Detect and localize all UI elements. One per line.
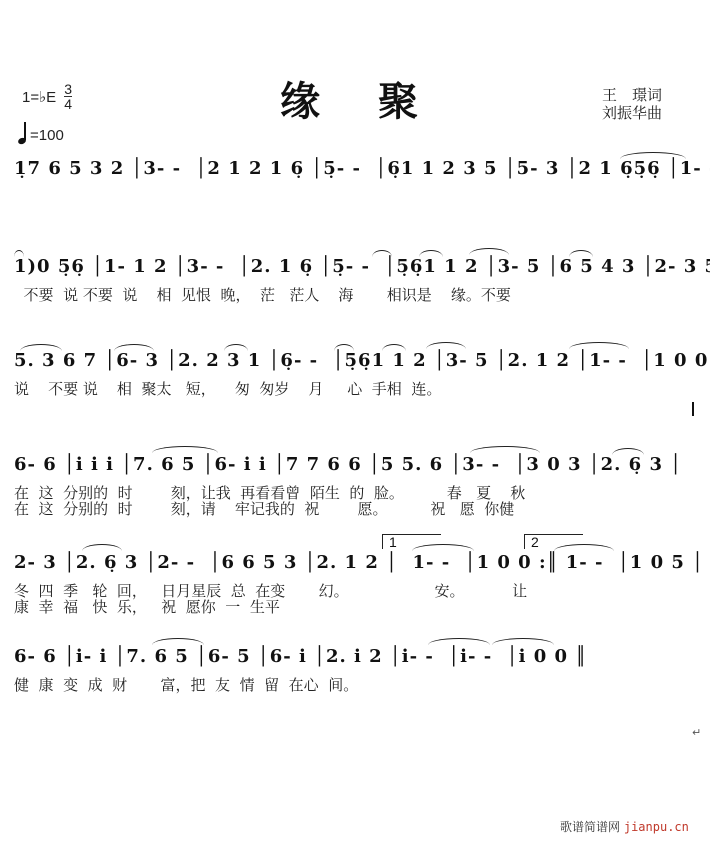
notation-row: 6- 6 │i- i │7. 6 5 │6- 5 │6- i │2. i 2 │… [14, 646, 587, 672]
lyricist: 王 璟词 [602, 86, 662, 104]
tie-arc [152, 638, 204, 645]
key-label: 1=♭E [22, 88, 56, 106]
slur-arc [382, 344, 406, 351]
notation-row: 2- 3 │2. 6̣ 3 │2- - │6 6 5 3 │2. 1 2 │ 1… [14, 552, 704, 578]
lyrics-row: 健 康 变 成 财 富，把 友 情 留 在心 间。 [14, 674, 358, 695]
notation-row: 1̣7 6 5 3 2 │3- - │2 1 2 1 6̣ │5̣- - │6̣… [14, 158, 710, 184]
lyrics-row: 不要 说 不要 说 相 见恨 晚， 茫 茫人 海 相识是 缘。不要 [14, 284, 511, 305]
key-signature: 1=♭E 3 4 [22, 82, 72, 111]
watermark-site: jianpu.cn [624, 820, 689, 834]
slur-arc [334, 344, 354, 351]
tempo-marking: =100 [18, 122, 64, 144]
watermark-text: 歌谱简谱网 [560, 820, 620, 834]
slur-arc [569, 250, 593, 257]
lyrics-row: 说 不要 说 相 聚太 短， 匆 匆岁 月 心 手相 连。 [14, 378, 441, 399]
slur-arc [419, 250, 443, 257]
lyrics-row: 康 幸 福 快 乐， 祝 愿你 一 生平 [14, 596, 280, 617]
tie-arc [554, 544, 614, 551]
quarter-note-icon [18, 122, 28, 144]
tie-arc [14, 250, 24, 257]
tie-arc [469, 248, 509, 255]
lyrics-row: 在 这 分别的 时 刻，请 牢记我的 祝 愿。 祝 愿 你健 [14, 498, 514, 519]
paragraph-return-icon: ↵ [692, 726, 701, 739]
tie-arc [114, 344, 154, 351]
notation-row: 5. 3 6 7 │6- 3 │2. 2 3 1 │6̣- - │5̣6̣1 1… [14, 350, 710, 376]
tie-arc [20, 344, 62, 351]
notation-row: 6- 6 │i i i │7. 6 5 │6- i i │7 7 6 6 │5 … [14, 454, 682, 480]
text-cursor [692, 402, 694, 416]
tempo-value: =100 [30, 127, 64, 144]
notation-row: 1)0 5̣6̣ │1- 1 2 │3- - │2. 1 6̣ │5̣- - │… [14, 256, 710, 282]
time-signature: 3 4 [64, 82, 72, 111]
tie-arc [569, 342, 629, 349]
tie-arc [82, 544, 122, 551]
slur-arc [612, 448, 644, 455]
song-title: 缘聚 [280, 70, 476, 127]
tie-arc [620, 152, 686, 159]
watermark: 歌谱简谱网 jianpu.cn [560, 818, 689, 835]
tie-arc [470, 446, 540, 453]
tie-arc [152, 446, 218, 453]
tie-arc [428, 638, 490, 645]
tie-arc [492, 638, 554, 645]
tie-arc [412, 544, 474, 551]
composer: 刘振华曲 [602, 104, 662, 122]
tie-arc [426, 342, 466, 349]
credits: 王 璟词 刘振华曲 [602, 86, 662, 122]
slur-arc [372, 250, 392, 257]
slur-arc [224, 344, 248, 351]
